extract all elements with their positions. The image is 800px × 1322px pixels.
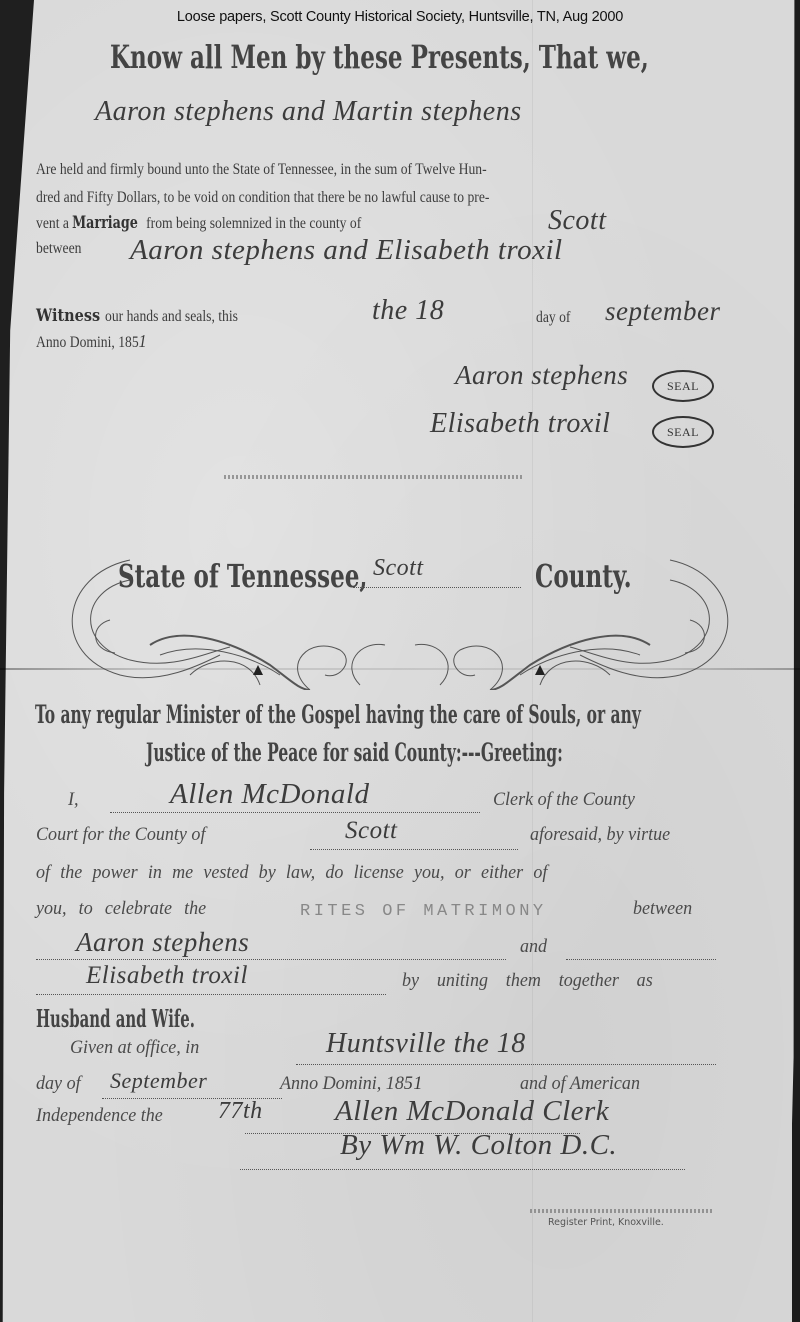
bond-line-1: Are held and firmly bound unto the State…	[36, 161, 487, 179]
seal-1: SEAL	[652, 370, 714, 402]
witness-line: Witness our hands and seals, this	[36, 306, 257, 326]
signature-aaron: Aaron stephens	[455, 360, 628, 391]
imprint-rule	[530, 1209, 713, 1213]
license-anno-domini: Anno Domini, 1851	[280, 1073, 423, 1095]
given-prefix: Given at office, in	[70, 1037, 199, 1059]
bond-parties: Aaron stephens and Elisabeth troxil	[130, 234, 563, 267]
bond-heading: Know all Men by these Presents, That we,	[110, 38, 800, 76]
divider-rule	[224, 475, 524, 479]
witness-label: Witness	[36, 306, 100, 326]
power-line: of the power in me vested by law, do lic…	[36, 862, 547, 884]
given-place-field: Huntsville the 18	[296, 1042, 716, 1065]
groom-continued-field	[566, 937, 716, 960]
clerk-suffix: Clerk of the County	[493, 789, 635, 811]
bond-principals: Aaron stephens and Martin stephens	[95, 96, 522, 128]
archive-caption: Loose papers, Scott County Historical So…	[0, 9, 800, 25]
bond-day: the 18	[372, 295, 444, 327]
and-label: and	[520, 936, 547, 958]
bond-county: Scott	[548, 205, 607, 237]
court-county-field: Scott	[310, 829, 518, 850]
printer-imprint: Register Print, Knoxville.	[548, 1217, 664, 1228]
county-heading: County.	[535, 557, 669, 595]
celebrate-prefix: you, to celebrate the	[36, 898, 206, 920]
day-of-label: day of	[536, 309, 570, 327]
rites-stamp: RITES OF MATRIMONY	[300, 902, 547, 921]
clerk-name-field: Allen McDonald	[110, 792, 480, 813]
bond-line-2: dred and Fifty Dollars, to be void on co…	[36, 189, 489, 207]
groom-field: Aaron stephens	[36, 937, 506, 960]
marriage-word: Marriage	[72, 213, 138, 233]
between-label: between	[36, 240, 81, 258]
independence-prefix: Independence the	[36, 1105, 163, 1127]
court-prefix: Court for the County of	[36, 824, 205, 846]
celebrate-suffix: between	[633, 898, 692, 920]
signature-elisabeth: Elisabeth troxil	[430, 408, 610, 440]
bride-field: Elisabeth troxil	[36, 972, 386, 995]
anno-domini-line: Anno Domini, 1851	[36, 331, 147, 352]
address-line-2: Justice of the Peace for said County:---…	[146, 738, 800, 768]
flourish-ornament	[40, 515, 760, 690]
license-month-field: September	[102, 1078, 282, 1099]
court-suffix: aforesaid, by virtue	[530, 824, 670, 846]
husband-wife: Husband and Wife.	[36, 1004, 292, 1034]
deputy-signature-field: By Wm W. Colton D.C.	[240, 1147, 685, 1170]
state-county-field: Scott	[353, 567, 521, 588]
day-of-prefix: day of	[36, 1073, 81, 1095]
address-line-1: To any regular Minister of the Gospel ha…	[35, 700, 800, 730]
bond-line-3: vent a Marriage from being solemnized in…	[36, 213, 361, 233]
clerk-prefix: I,	[68, 789, 79, 811]
bond-month: september	[605, 296, 720, 327]
seal-2: SEAL	[652, 416, 714, 448]
uniting-text: by uniting them together as	[402, 970, 653, 992]
american-suffix: and of American	[520, 1073, 640, 1095]
